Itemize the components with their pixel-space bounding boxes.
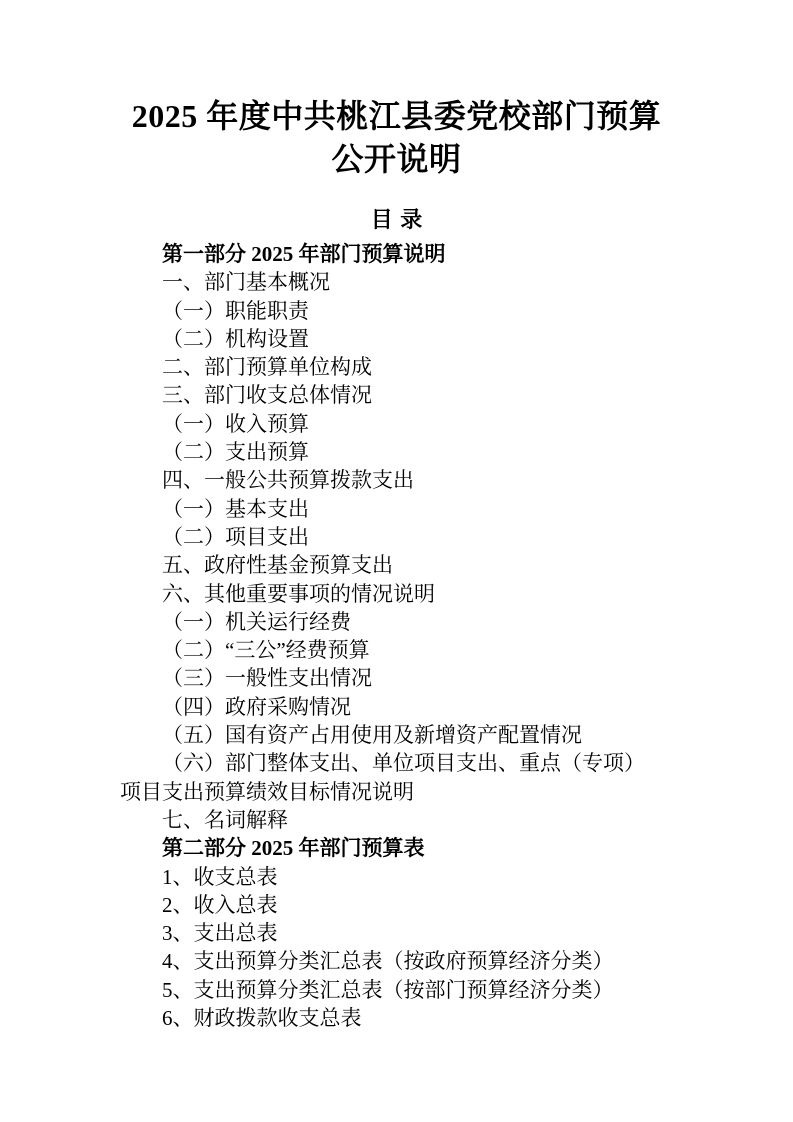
toc-entry: （四）政府采购情况 (120, 693, 675, 721)
toc-list: 第一部分 2025 年部门预算说明一、部门基本概况（一）职能职责（二）机构设置二… (0, 240, 793, 1032)
toc-section-heading: 第二部分 2025 年部门预算表 (120, 834, 675, 862)
toc-entry: 5、支出预算分类汇总表（按部门预算经济分类） (120, 976, 675, 1004)
toc-entry: （三）一般性支出情况 (120, 664, 675, 692)
toc-entry: （一）收入预算 (120, 410, 675, 438)
toc-entry: （五）国有资产占用使用及新增资产配置情况 (120, 721, 675, 749)
toc-entry: 1、收支总表 (120, 863, 675, 891)
toc-entry: 一、部门基本概况 (120, 268, 675, 296)
toc-entry: 六、其他重要事项的情况说明 (120, 580, 675, 608)
toc-entry: （二）“三公”经费预算 (120, 636, 675, 664)
toc-entry: 四、一般公共预算拨款支出 (120, 466, 675, 494)
toc-entry: （一）职能职责 (120, 297, 675, 325)
document-title-line1: 2025 年度中共桃江县委党校部门预算 (0, 95, 793, 138)
toc-entry: （六）部门整体支出、单位项目支出、重点（专项） (120, 749, 675, 777)
toc-entry: 6、财政拨款收支总表 (120, 1004, 675, 1032)
toc-entry: 3、支出总表 (120, 919, 675, 947)
toc-entry: 三、部门收支总体情况 (120, 381, 675, 409)
toc-entry: 五、政府性基金预算支出 (120, 551, 675, 579)
document-title: 2025 年度中共桃江县委党校部门预算 公开说明 (0, 0, 793, 181)
toc-entry: 七、名词解释 (120, 806, 675, 834)
document-title-line2: 公开说明 (0, 138, 793, 181)
toc-section-heading: 第一部分 2025 年部门预算说明 (120, 240, 675, 268)
toc-entry: （一）机关运行经费 (120, 608, 675, 636)
toc-entry: （一）基本支出 (120, 495, 675, 523)
document-page: 2025 年度中共桃江县委党校部门预算 公开说明 目 录 第一部分 2025 年… (0, 0, 793, 1122)
toc-entry-continuation: 项目支出预算绩效目标情况说明 (120, 778, 675, 806)
toc-entry: 2、收入总表 (120, 891, 675, 919)
toc-entry: （二）支出预算 (120, 438, 675, 466)
toc-entry: 二、部门预算单位构成 (120, 353, 675, 381)
toc-entry: （二）机构设置 (120, 325, 675, 353)
toc-entry: 4、支出预算分类汇总表（按政府预算经济分类） (120, 947, 675, 975)
toc-entry: （二）项目支出 (120, 523, 675, 551)
toc-heading: 目 录 (0, 205, 793, 235)
